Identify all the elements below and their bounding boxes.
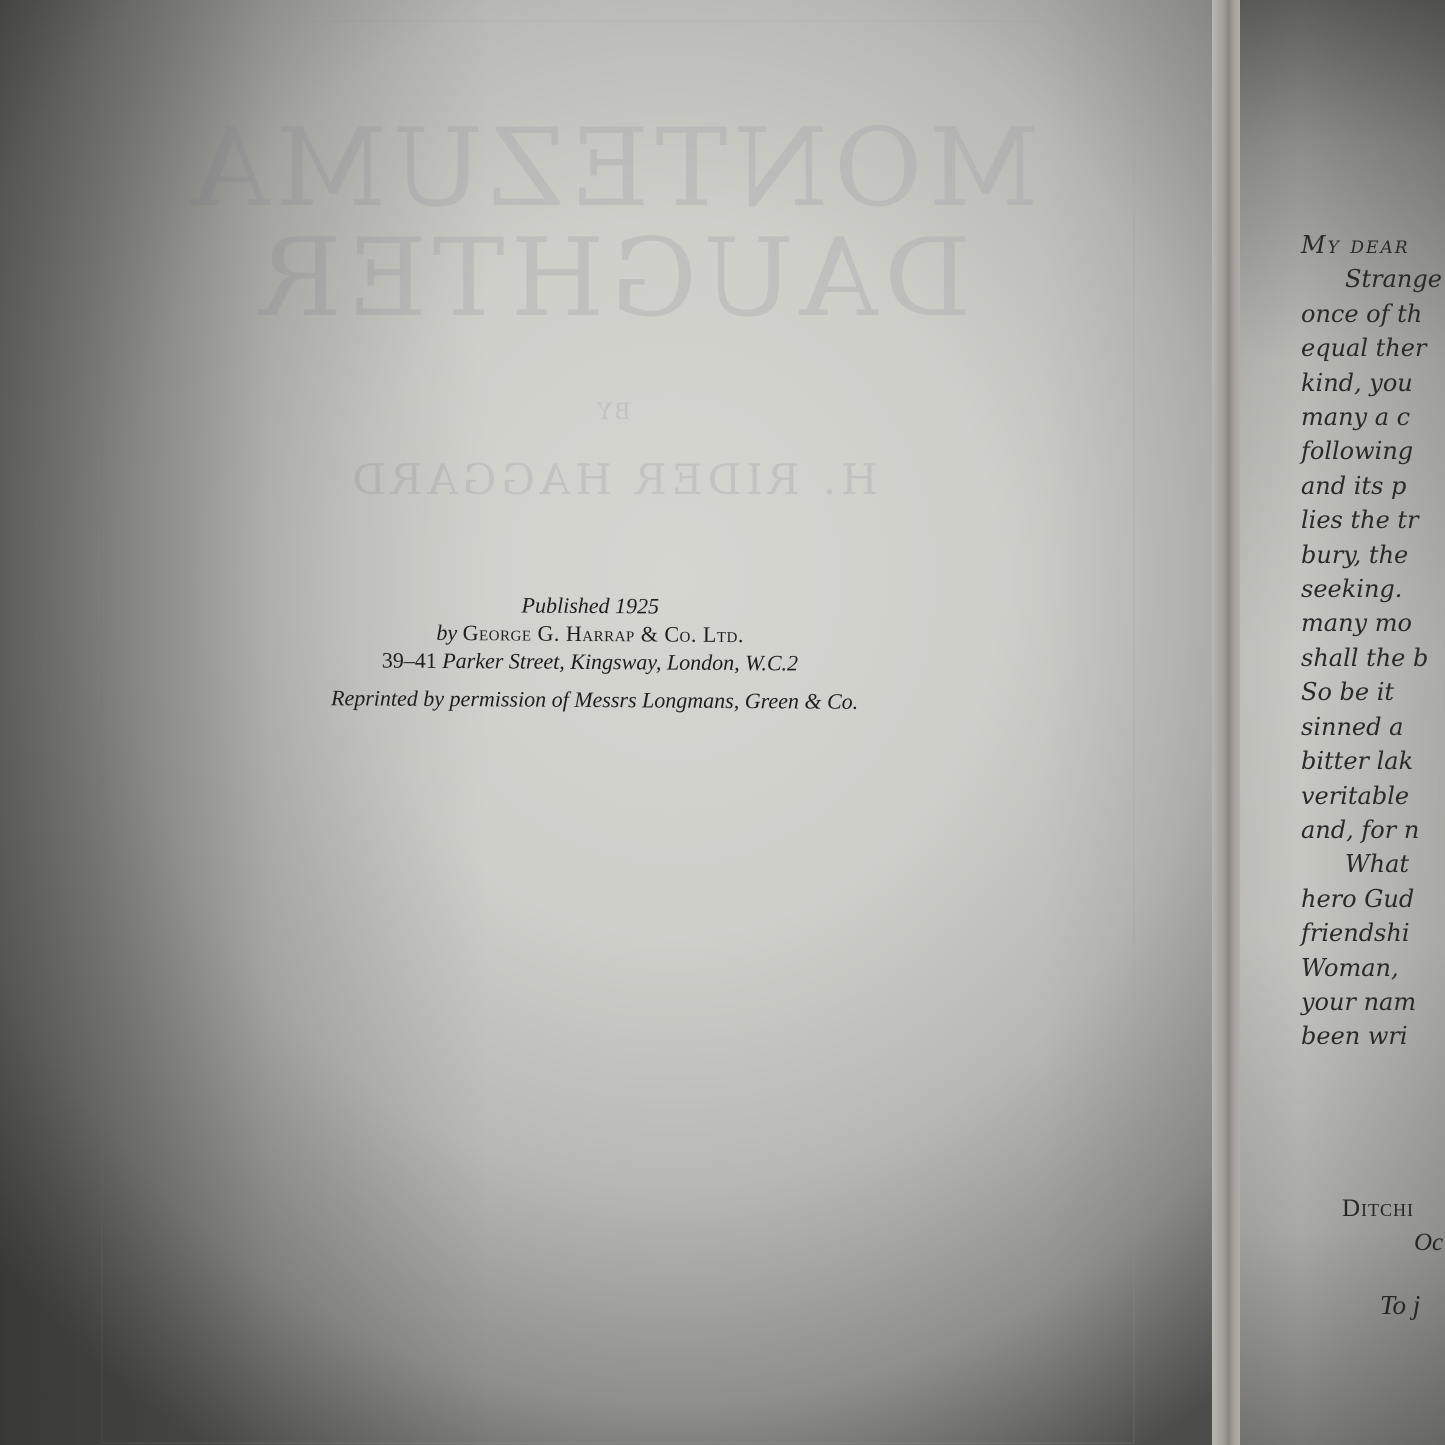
dedication-line: been wri [1301, 1019, 1442, 1053]
dedication-line: following [1301, 434, 1442, 468]
dedication-line: veritable [1301, 779, 1442, 813]
dedication-line: once of th [1301, 297, 1442, 331]
dedication-line: and, for n [1301, 813, 1442, 847]
imprint-block: Published 1925 by George G. Harrap & Co.… [240, 590, 941, 717]
signoff-block: Ditchi Oc [1342, 1192, 1443, 1260]
dedication-line: hero Gud [1301, 882, 1442, 916]
reprint-notice: Reprinted by permission of Messrs Longma… [240, 684, 940, 717]
address-text: Parker Street, Kingsway, London, W.C.2 [442, 648, 798, 675]
dedication-line: bury, the [1301, 538, 1442, 572]
address-line: 39–41 Parker Street, Kingsway, London, W… [240, 646, 940, 679]
dedication-line: seeking. [1301, 572, 1442, 606]
ghost-title-line-1: MONTEZUMA [0, 115, 1225, 223]
dedication-line: kind, you [1301, 366, 1442, 400]
dedication-line: Woman, [1301, 951, 1442, 985]
published-text: Published 1925 [521, 593, 659, 619]
dedication-line: friendshi [1301, 916, 1442, 950]
left-page: MONTEZUMA DAUGHTER BY H. RIDER HAGGARD P… [0, 0, 1225, 1445]
dedication-line: So be it [1301, 675, 1442, 709]
dedication-line: many a c [1301, 400, 1442, 434]
show-through-frame [101, 20, 1135, 1444]
dedication-line: bitter lak [1301, 744, 1442, 778]
show-through-text: MONTEZUMA DAUGHTER BY H. RIDER HAGGARD [0, 0, 1225, 1445]
address-number: 39–41 [382, 648, 437, 673]
publisher-prefix: by [436, 620, 457, 645]
publisher-name: George G. Harrap & Co. Ltd. [463, 620, 744, 647]
to-line: To j [1380, 1290, 1420, 1321]
dedication-line: many mo [1301, 606, 1442, 640]
signoff-date: Oc [1342, 1226, 1443, 1260]
dedication-line: your nam [1301, 985, 1442, 1019]
dedication-line: lies the tr [1301, 503, 1442, 537]
dedication-line: and its p [1301, 469, 1442, 503]
ghost-author: H. RIDER HAGGARD [0, 455, 1225, 504]
dedication-line: equal ther [1301, 331, 1442, 365]
book-gutter [1212, 0, 1242, 1445]
dedication-line: sinned a [1301, 710, 1442, 744]
dedication-line: shall the b [1301, 641, 1442, 675]
dedication-line: Strange [1301, 262, 1442, 296]
ghost-title-line-2: DAUGHTER [0, 225, 1225, 333]
dedication-text: My dear Strange once of th equal ther ki… [1301, 228, 1442, 1054]
dedication-line: My dear [1301, 228, 1442, 262]
ghost-by: BY [0, 400, 1225, 425]
dedication-line: What [1301, 847, 1442, 881]
signoff-place: Ditchi [1342, 1192, 1443, 1226]
